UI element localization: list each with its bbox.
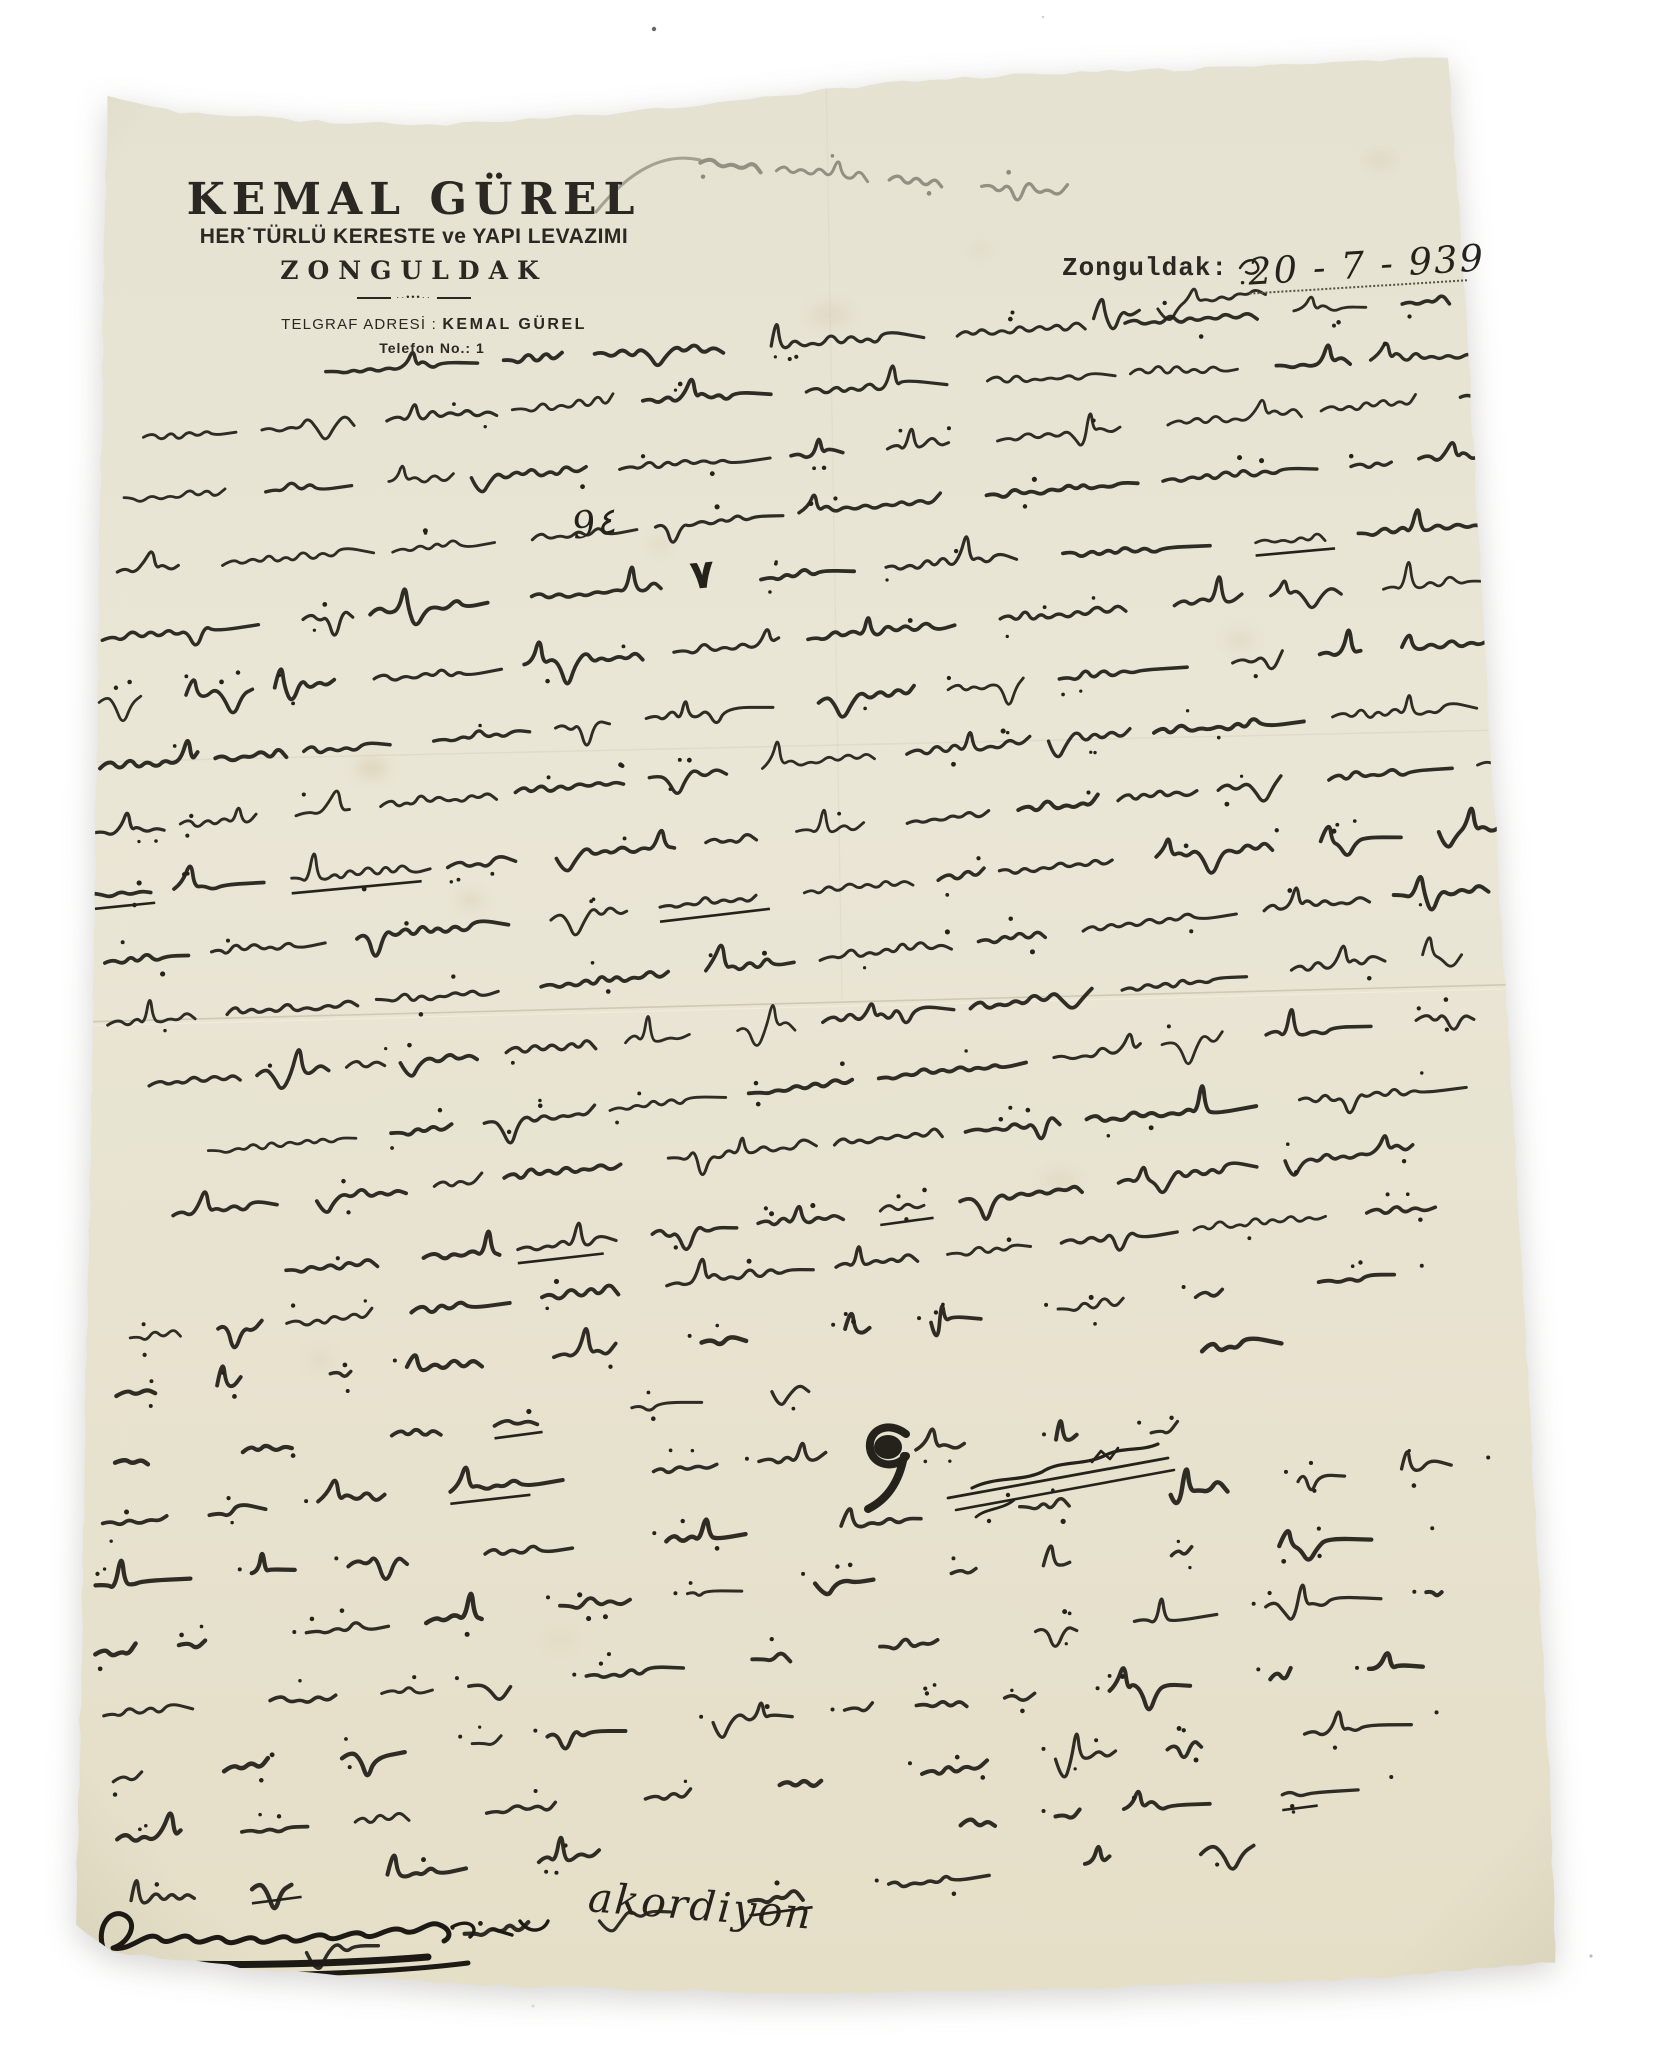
telegraph-address-line: TELGRAF ADRESİ : KEMAL GÜREL [176,316,652,334]
phone-number: Telefon No.: 1 [176,340,652,356]
letterhead: KEMAL GÜREL HER˙TÜRLÜ KERESTE ve YAPI LE… [176,178,652,356]
divider-dots: ··•••·· [396,293,431,301]
photograph-of-letter: KEMAL GÜREL HER˙TÜRLÜ KERESTE ve YAPI LE… [0,0,1653,2048]
dateline-date-handwritten: 20 - 7 - 939 [1247,239,1467,294]
letterhead-tagline: HER˙TÜRLÜ KERESTE ve YAPI LEVAZIMI [176,225,652,249]
letterhead-city: ZONGULDAK [176,256,652,285]
letterhead-divider: ··•••·· [176,294,652,302]
dateline-place: Zonguldak: [1062,253,1228,283]
telegraph-value: KEMAL GÜREL [442,316,587,333]
divider-rule-left [357,297,391,299]
dateline: Zonguldak: 20 - 7 - 939 [1062,246,1466,290]
telegraph-label: TELGRAF ADRESİ : [281,316,437,333]
divider-rule-right [437,297,471,299]
handwritten-number-94: 9٤ [569,499,618,548]
handwritten-day-numeral-7: ٧ [688,551,716,599]
letterhead-company-name: KEMAL GÜREL [176,178,652,222]
